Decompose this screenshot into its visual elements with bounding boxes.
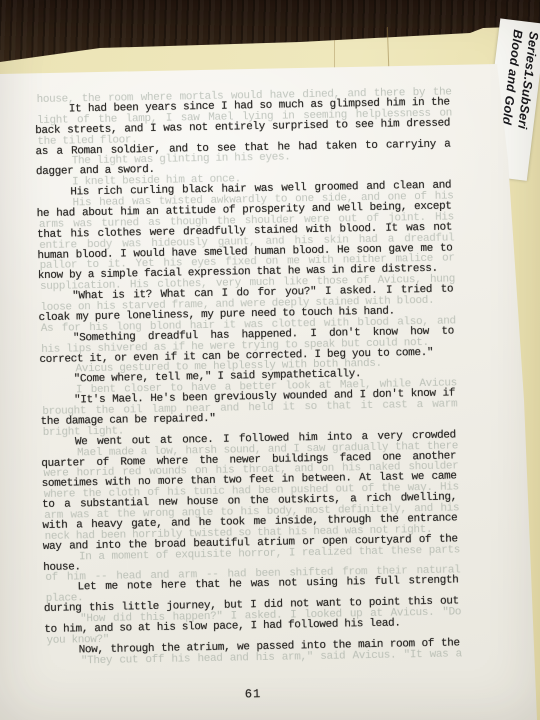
typed-text-block: house, the room where mortals would have…: [35, 92, 461, 720]
typed-text: It had been years since I had so much as…: [35, 92, 460, 661]
photo-of-typescript-page: Series1.SubSeri Blood and Gold house, th…: [0, 0, 540, 720]
page-number: 61: [45, 680, 460, 708]
